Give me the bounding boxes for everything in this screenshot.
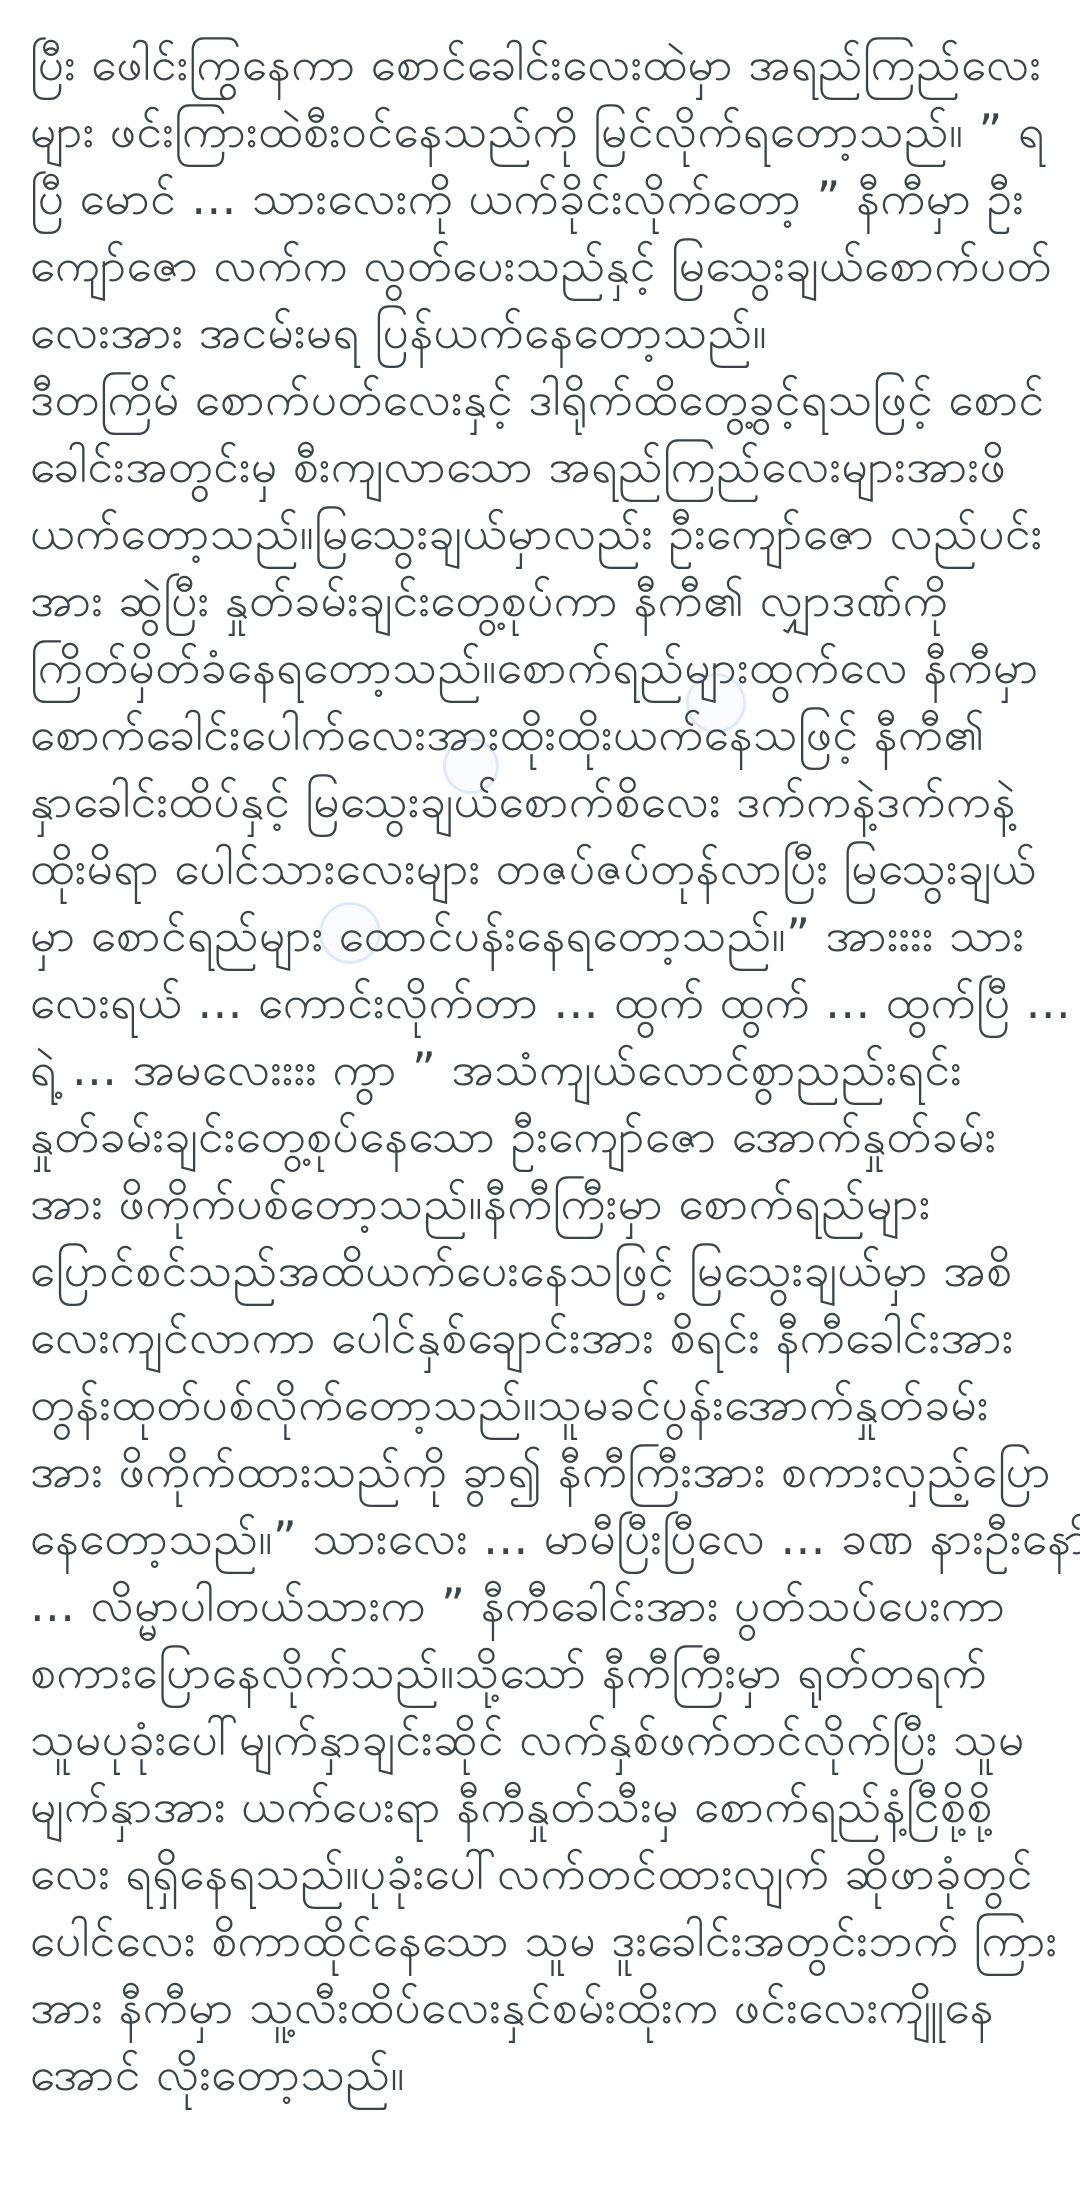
text-line: လေးရယ် ... ကောင်းလိုက်တာ ... ထွက် ထွက် .… <box>30 969 1052 1036</box>
reader-page: ပြီး ဖေါင်းကြွနေကာ စောင်ခေါင်းလေးထဲမှာ အ… <box>0 0 1080 2207</box>
text-line: တွန်းထုတ်ပစ်လိုက်တော့သည်။သူမခင်ပွန်းအောက… <box>30 1371 1052 1438</box>
story-text-block: ပြီး ဖေါင်းကြွနေကာ စောင်ခေါင်းလေးထဲမှာ အ… <box>30 0 1052 2108</box>
text-line: အောင် လိုးတော့သည်။ <box>30 2041 1052 2108</box>
clipped-text-line <box>30 0 1052 31</box>
text-line: ကြိတ်မှိတ်ခံနေရတော့သည်။စောက်ရည်များထွက်လ… <box>30 634 1052 701</box>
text-line: လေးကျင်လာကာ ပေါင်နှစ်ချောင်းအား စိရင်း န… <box>30 1304 1052 1371</box>
text-line: ထိုးမိရာ ပေါင်သားလေးများ တဇပ်ဇပ်တုန်လာပြ… <box>30 835 1052 902</box>
text-line: အား ဖိကိုက်ထားသည်ကို ခွာ၍ နီကီကြီးအား စက… <box>30 1438 1052 1505</box>
text-line: လေးအား အငမ်းမရ ပြန်ယက်နေတော့သည်။ <box>30 299 1052 366</box>
text-line: စောက်ခေါင်းပေါက်လေးအားထိုးထိုးယက်နေသဖြင့… <box>30 701 1052 768</box>
text-line: သူမပုခုံးပေါ်မျက်နှာချင်းဆိုင် လက်နှစ်ဖက… <box>30 1706 1052 1773</box>
text-line: ယက်တော့သည်။မြသွေးချယ်မှာလည်း ဦးကျော်ဇော … <box>30 500 1052 567</box>
text-line: ဒီတကြိမ် စောက်ပတ်လေးနှင့် ဒါရိုက်ထိတွေ့ခ… <box>30 366 1052 433</box>
text-line: ပြီး ဖေါင်းကြွနေကာ စောင်ခေါင်းလေးထဲမှာ အ… <box>30 31 1052 98</box>
text-line: အား နီကီမှာ သူ့လီးထိပ်လေးနှင်စမ်းထိုးက ဖ… <box>30 1974 1052 2041</box>
text-line: ကျော်ဇော လက်က လွတ်ပေးသည်နှင့် မြသွေးချယ်… <box>30 232 1052 299</box>
text-line: များ ဖင်းကြားထဲစီးဝင်နေသည်ကို မြင်လိုက်ရ… <box>30 98 1052 165</box>
text-line: နှုတ်ခမ်းချင်းတွေ့စုပ်နေသော ဦးကျော်ဇော အ… <box>30 1103 1052 1170</box>
text-line: ပြောင်စင်သည်အထိယက်ပေးနေသဖြင့် မြသွေးချယ်… <box>30 1237 1052 1304</box>
text-line: အား ဖိကိုက်ပစ်တော့သည်။နီကီကြီးမှာ စောက်ရ… <box>30 1170 1052 1237</box>
text-line: ပြီ မောင် ... သားလေးကို ယက်ခိုင်းလိုက်တေ… <box>30 165 1052 232</box>
text-line: နေတော့သည်။” သားလေး ... မာမီပြီးပြီလေ ...… <box>30 1505 1052 1572</box>
text-line: ခေါင်းအတွင်းမှ စီးကျလာသော အရည်ကြည်လေးမျာ… <box>30 433 1052 500</box>
text-line: ... လိမ္မာပါတယ်သားက ” နီကီခေါင်းအား ပွတ်… <box>30 1572 1052 1639</box>
text-line: ပေါင်လေး စိကာထိုင်နေသော သူမ ဒူးခေါင်းအတွ… <box>30 1907 1052 1974</box>
text-line: ရဲ့ ... အမလေးးးး ကွာ ” အသံကျယ်လောင်စွာညည… <box>30 1036 1052 1103</box>
paragraph: ဒီတကြိမ် စောက်ပတ်လေးနှင့် ဒါရိုက်ထိတွေ့ခ… <box>30 366 1052 2108</box>
text-line: နှာခေါင်းထိပ်နှင့် မြသွေးချယ်စောက်စိလေး … <box>30 768 1052 835</box>
text-line: လေး ရရှိနေရသည်။ပုခုံးပေါ်လက်တင်ထားလျက် ဆ… <box>30 1840 1052 1907</box>
text-line: အား ဆွဲပြီး နှုတ်ခမ်းချင်းတွေ့စုပ်ကာ နီက… <box>30 567 1052 634</box>
text-line: မျက်နှာအား ယက်ပေးရာ နီကီနှုတ်သီးမှ စောက်… <box>30 1773 1052 1840</box>
text-line: စကားပြောနေလိုက်သည်။သို့သော် နီကီကြီးမှာ … <box>30 1639 1052 1706</box>
paragraph: ပြီး ဖေါင်းကြွနေကာ စောင်ခေါင်းလေးထဲမှာ အ… <box>30 31 1052 366</box>
text-line: မှာ စောင်ရည်များ ထောင်ပန်းနေရတော့သည်။” အ… <box>30 902 1052 969</box>
